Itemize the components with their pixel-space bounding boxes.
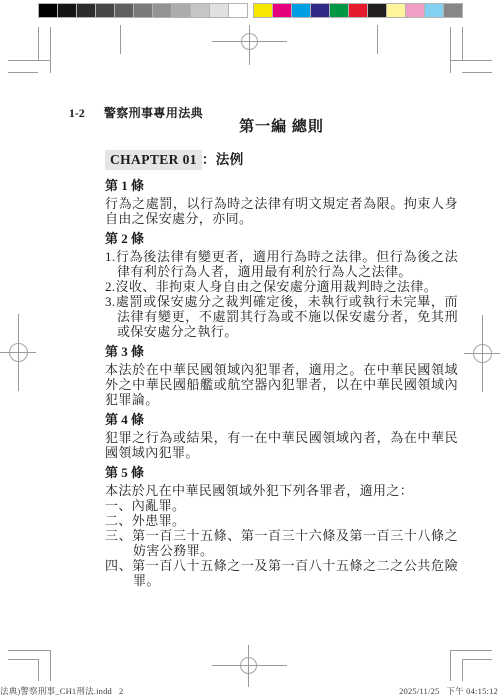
article-paragraph: 行為之處罰，以行為時之法律有明文規定者為限。拘束人身自由之保安處分，亦同。 (105, 196, 458, 226)
grayscale-swatch (190, 3, 210, 18)
color-swatch (386, 3, 406, 18)
article: 第 4 條犯罪之行為或結果，有一在中華民國領域內者，為在中華民國領域內犯罪。 (105, 412, 458, 460)
article-heading: 第 4 條 (105, 412, 458, 428)
color-swatch (272, 3, 292, 18)
grayscale-calibration-bar (38, 3, 247, 18)
list-item: 1.行為後法律有變更者，適用行為時之法律。但行為後之法律有利於行為人者，適用最有… (105, 249, 458, 279)
text-block: 第一編 總則 CHAPTER 01：法例 第 1 條行為之處罰，以行為時之法律有… (105, 117, 458, 588)
color-swatch (291, 3, 311, 18)
grayscale-swatch (133, 3, 153, 18)
color-swatch (424, 3, 444, 18)
part-title: 第一編 總則 (105, 117, 458, 137)
fold-tick-left (120, 25, 121, 54)
color-swatch (310, 3, 330, 18)
color-swatch (443, 3, 463, 18)
grayscale-swatch (76, 3, 96, 18)
article-paragraph: 犯罪之行為或結果，有一在中華民國領域內者，為在中華民國領域內犯罪。 (105, 430, 458, 460)
grayscale-swatch (171, 3, 191, 18)
article: 第 2 條1.行為後法律有變更者，適用行為時之法律。但行為後之法律有利於行為人者… (105, 231, 458, 339)
article: 第 1 條行為之處罰，以行為時之法律有明文規定者為限。拘束人身自由之保安處分，亦… (105, 178, 458, 226)
color-swatch (253, 3, 273, 18)
fold-tick-right (377, 25, 378, 54)
chapter-name: ：法例 (202, 152, 244, 167)
article-heading: 第 3 條 (105, 344, 458, 360)
article: 第 3 條本法於在中華民國領域內犯罪者，適用之。在中華民國領域外之中華民國船艦或… (105, 344, 458, 407)
grayscale-swatch (114, 3, 134, 18)
color-swatch (329, 3, 349, 18)
article-paragraph: 本法於在中華民國領域內犯罪者，適用之。在中華民國領域外之中華民國船艦或航空器內犯… (105, 362, 458, 407)
grayscale-swatch (228, 3, 248, 18)
slug-timestamp: 2025/11/25 下午 04:15:12 (399, 685, 498, 697)
chapter-heading: CHAPTER 01：法例 (105, 150, 458, 170)
list-item: 2.沒收、非拘束人身自由之保安處分適用裁判時之法律。 (105, 279, 458, 294)
list-item: 一、內亂罪。 (105, 498, 458, 513)
list-item: 二、外患罪。 (105, 513, 458, 528)
article-heading: 第 1 條 (105, 178, 458, 194)
page-folio: 1-2 (69, 106, 85, 120)
grayscale-swatch (152, 3, 172, 18)
article-paragraph: 本法於凡在中華民國領域外犯下列各罪者，適用之： (105, 483, 458, 498)
slug-filename: (法典)警察刑事_CH1刑法.indd 2 (0, 685, 123, 697)
grayscale-swatch (209, 3, 229, 18)
grayscale-swatch (95, 3, 115, 18)
color-swatch (348, 3, 368, 18)
cmyk-calibration-bar (253, 3, 462, 18)
article-heading: 第 2 條 (105, 231, 458, 247)
color-swatch (367, 3, 387, 18)
list-item: 四、第一百八十五條之一及第一百八十五條之二之公共危險罪。 (105, 558, 458, 588)
print-proof-page: { "print_proof": { "grayscale_bar": ["#0… (0, 0, 500, 700)
articles-container: 第 1 條行為之處罰，以行為時之法律有明文規定者為限。拘束人身自由之保安處分，亦… (105, 178, 458, 588)
chapter-label: CHAPTER 01 (105, 150, 202, 170)
list-item: 3.處罰或保安處分之裁判確定後，未執行或執行未完畢，而法律有變更，不處罰其行為或… (105, 294, 458, 339)
grayscale-swatch (57, 3, 77, 18)
article-heading: 第 5 條 (105, 465, 458, 481)
list-item: 三、第一百三十五條、第一百三十六條及第一百三十八條之妨害公務罪。 (105, 528, 458, 558)
article: 第 5 條本法於凡在中華民國領域外犯下列各罪者，適用之：一、內亂罪。二、外患罪。… (105, 465, 458, 588)
grayscale-swatch (38, 3, 58, 18)
color-swatch (405, 3, 425, 18)
